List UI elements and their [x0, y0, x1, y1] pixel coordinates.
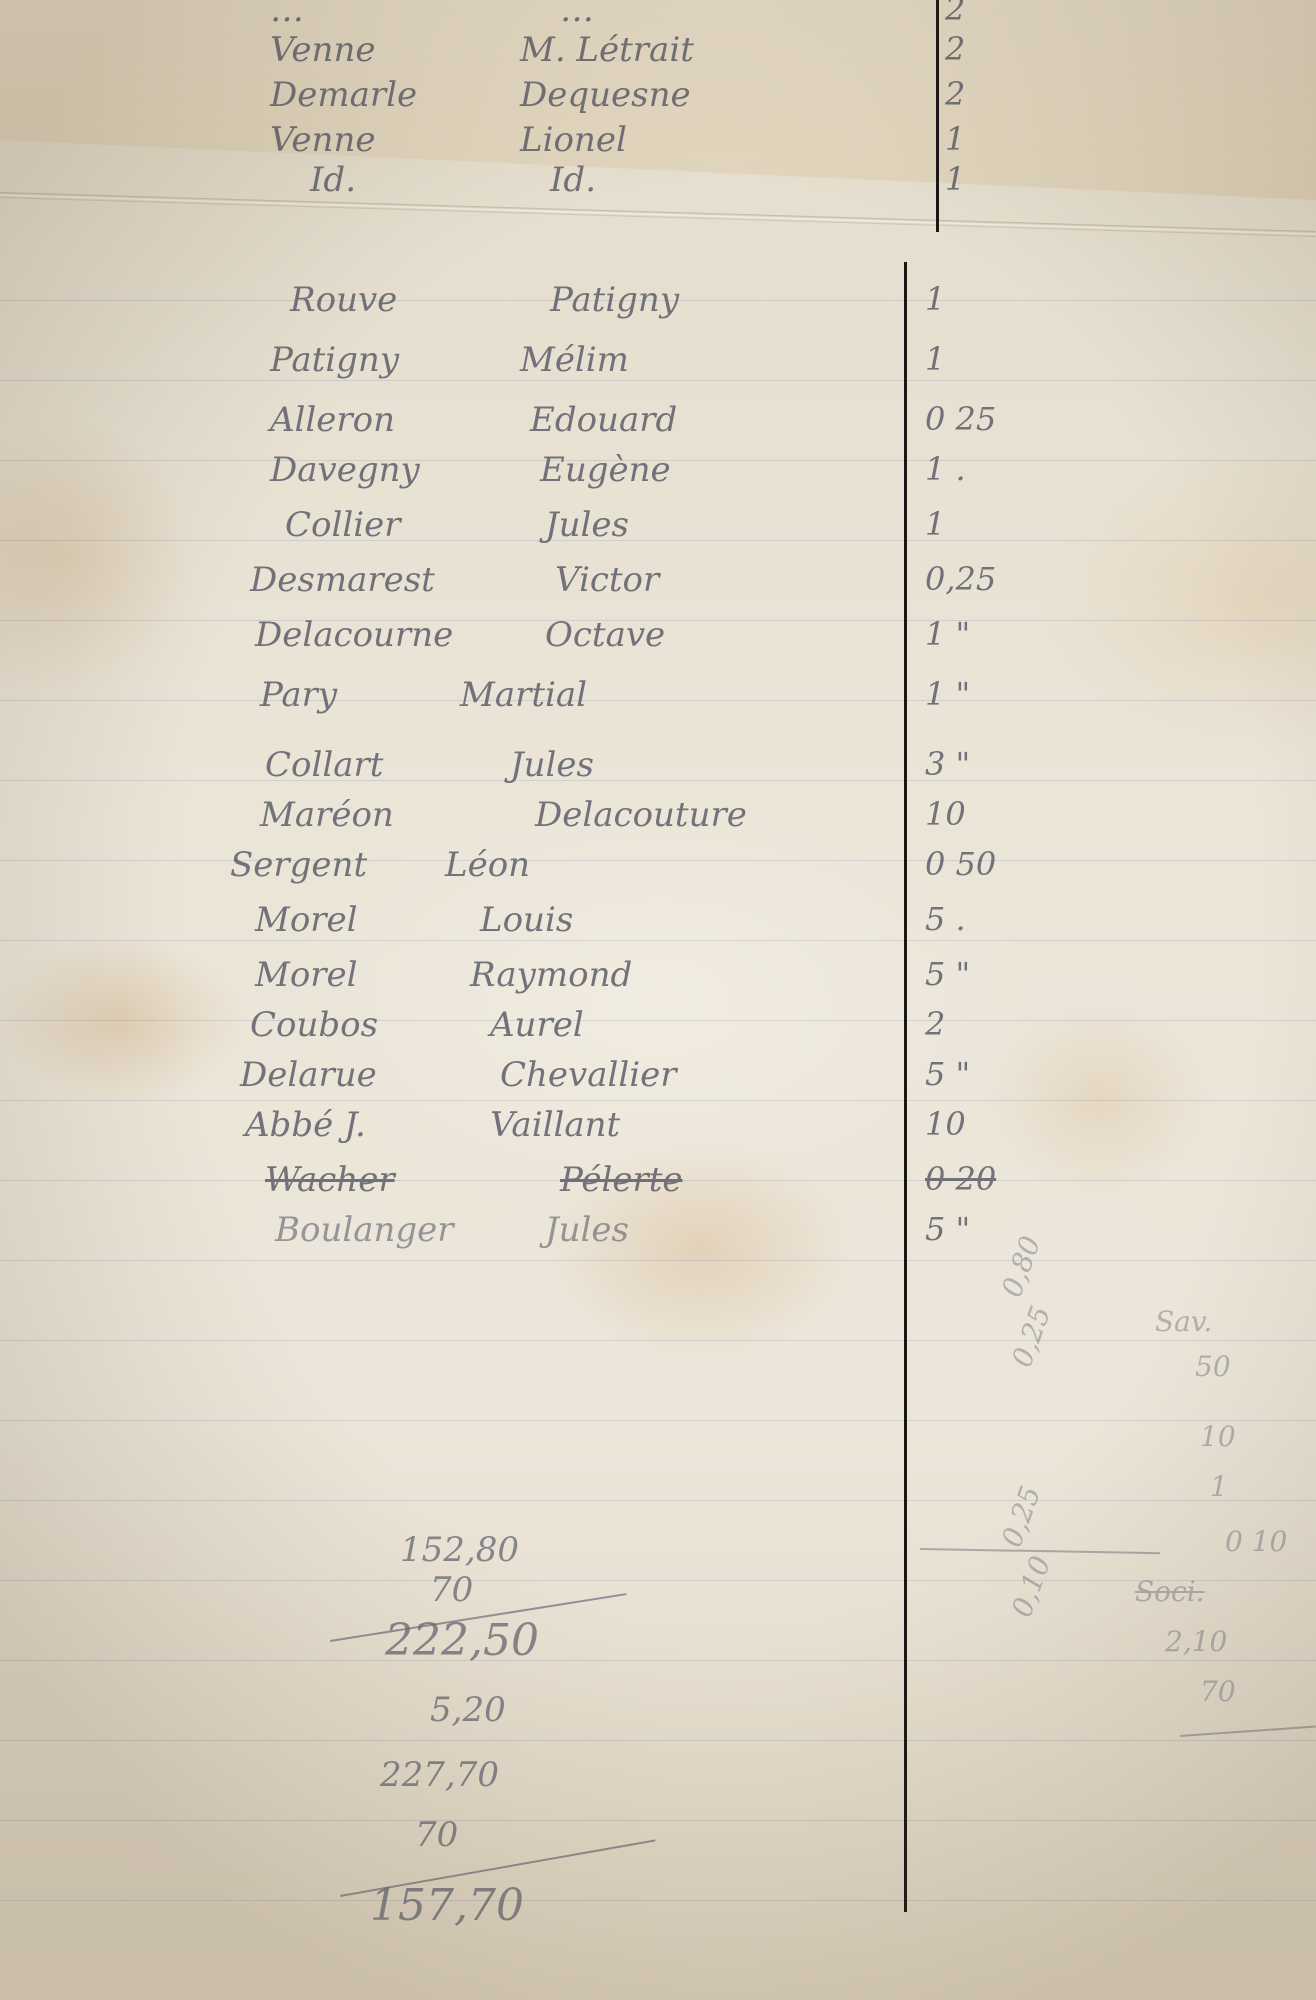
ruling-line [0, 1900, 1316, 1901]
calc-line: 227,70 [380, 1755, 499, 1795]
margin-note: 70 [1200, 1675, 1236, 1708]
ruling-line [0, 1500, 1316, 1501]
surname: … [270, 0, 304, 30]
ruling-line [0, 1340, 1316, 1341]
amount: 1 " [925, 675, 970, 713]
surname: Venne [270, 120, 375, 160]
margin-sum-line [1180, 1726, 1316, 1737]
surname: Abbé J. [245, 1105, 366, 1145]
firstname: Jules [545, 505, 629, 545]
amount: 0 25 [925, 400, 996, 438]
top-entry: … … 2 [0, 0, 1316, 30]
amount: 1 [925, 280, 945, 318]
surname: Davegny [270, 450, 420, 490]
firstname: Martial [460, 675, 587, 715]
margin-note: 1 [1210, 1470, 1228, 1503]
calc-line: 5,20 [430, 1690, 506, 1730]
surname: Rouve [290, 280, 397, 320]
firstname: Pélerte [560, 1160, 683, 1200]
amount: 5 " [925, 1055, 970, 1093]
surname: Desmarest [250, 560, 435, 600]
surname: Delacourne [255, 615, 453, 655]
margin-note: 10 [1200, 1420, 1236, 1453]
firstname: Patigny [550, 280, 679, 320]
firstname: Edouard [530, 400, 677, 440]
margin-note: 0 10 [1225, 1525, 1287, 1558]
margin-sum-line [920, 1548, 1160, 1554]
margin-calc: 0,25 [995, 1482, 1047, 1552]
margin-calc: 0,25 [1005, 1302, 1057, 1372]
amount: 5 " [925, 955, 970, 993]
amount: 10 [925, 1105, 966, 1143]
calc-line: 157,70 [370, 1880, 524, 1931]
surname: Pary [260, 675, 337, 715]
margin-note: 2,10 [1165, 1625, 1227, 1658]
calc-line: 152,80 [400, 1530, 519, 1570]
calc-line: 70 [430, 1570, 473, 1610]
ledger-entry: Maréon Delacouture 10 [0, 795, 1316, 835]
ledger-entry: Abbé J. Vaillant 10 [0, 1105, 1316, 1145]
firstname: Jules [510, 745, 594, 785]
firstname: Raymond [470, 955, 632, 995]
firstname: Chevallier [500, 1055, 677, 1095]
calc-line: 70 [415, 1815, 458, 1855]
surname: Wacher [265, 1160, 395, 1200]
amount: 1 [925, 340, 945, 378]
amount: 1 . [925, 450, 966, 488]
top-entry: Demarle Dequesne 2 [0, 75, 1316, 115]
calc-line: 222,50 [385, 1615, 539, 1666]
amount: 1 [945, 160, 965, 198]
firstname: Eugène [540, 450, 671, 490]
top-entry: Venne Lionel 1 [0, 120, 1316, 160]
amount: 0,25 [925, 560, 996, 598]
amount: 2 [945, 75, 965, 113]
firstname: Vaillant [490, 1105, 620, 1145]
ruling-line [0, 1740, 1316, 1741]
amount: 2 [945, 0, 965, 28]
ledger-entry: Morel Louis 5 . [0, 900, 1316, 940]
amount: 0 20 [925, 1160, 996, 1198]
top-entry: Id. Id. 1 [0, 160, 1316, 200]
surname: Demarle [270, 75, 417, 115]
surname: Collart [265, 745, 383, 785]
firstname: Jules [545, 1210, 629, 1250]
amount: 2 [925, 1005, 945, 1043]
surname: Patigny [270, 340, 399, 380]
surname: Id. [310, 160, 356, 200]
ruling-line [0, 380, 1316, 381]
ruling-line [0, 1660, 1316, 1661]
amount: 2 [945, 30, 965, 68]
surname: Venne [270, 30, 375, 70]
amount: 5 . [925, 900, 966, 938]
ledger-entry: Boulanger Jules 5 " [0, 1210, 1316, 1250]
firstname: Delacouture [535, 795, 747, 835]
firstname: M. Létrait [520, 30, 694, 70]
surname: Delarue [240, 1055, 377, 1095]
ledger-entry-struck: Wacher Pélerte 0 20 [0, 1160, 1316, 1200]
surname: Morel [255, 955, 358, 995]
ruling-line [0, 1260, 1316, 1261]
amount: 1 [945, 120, 965, 158]
surname: Morel [255, 900, 358, 940]
firstname: Aurel [490, 1005, 584, 1045]
ruling-line [0, 940, 1316, 941]
amount: 3 " [925, 745, 970, 783]
ledger-entry: Collier Jules 1 [0, 505, 1316, 545]
ledger-entry: Collart Jules 3 " [0, 745, 1316, 785]
surname: Coubos [250, 1005, 378, 1045]
firstname: Octave [545, 615, 665, 655]
firstname: Lionel [520, 120, 627, 160]
amount: 10 [925, 795, 966, 833]
ledger-entry: Patigny Mélim 1 [0, 340, 1316, 380]
surname: Boulanger [275, 1210, 454, 1250]
margin-note: 50 [1195, 1350, 1231, 1383]
ledger-entry: Delacourne Octave 1 " [0, 615, 1316, 655]
firstname: Mélim [520, 340, 629, 380]
ledger-entry: Desmarest Victor 0,25 [0, 560, 1316, 600]
margin-note: Sav. [1155, 1305, 1212, 1338]
firstname: … [560, 0, 594, 30]
firstname: Victor [555, 560, 659, 600]
ruling-line [0, 1100, 1316, 1101]
ledger-entry: Sergent Léon 0 50 [0, 845, 1316, 885]
ledger-entry: Davegny Eugène 1 . [0, 450, 1316, 490]
firstname: Louis [480, 900, 573, 940]
firstname: Dequesne [520, 75, 691, 115]
firstname: Id. [550, 160, 596, 200]
ledger-entry: Rouve Patigny 1 [0, 280, 1316, 320]
amount: 1 [925, 505, 945, 543]
ledger-entry: Delarue Chevallier 5 " [0, 1055, 1316, 1095]
ruling-line [0, 1420, 1316, 1421]
ruling-line [0, 1580, 1316, 1581]
ledger-entry: Coubos Aurel 2 [0, 1005, 1316, 1045]
surname: Sergent [230, 845, 367, 885]
ledger-entry: Morel Raymond 5 " [0, 955, 1316, 995]
amount: 5 " [925, 1210, 970, 1248]
ledger-entry: Alleron Edouard 0 25 [0, 400, 1316, 440]
surname: Collier [285, 505, 400, 545]
surname: Maréon [260, 795, 394, 835]
amount: 0 50 [925, 845, 996, 883]
surname: Alleron [270, 400, 395, 440]
amount: 1 " [925, 615, 970, 653]
ruling-line [0, 1820, 1316, 1821]
ledger-page: … … 2 Venne M. Létrait 2 Demarle Dequesn… [0, 0, 1316, 2000]
firstname: Léon [445, 845, 530, 885]
margin-calc: 0,10 [1005, 1552, 1057, 1622]
ledger-entry: Pary Martial 1 " [0, 675, 1316, 715]
top-entry: Venne M. Létrait 2 [0, 30, 1316, 70]
margin-note: Soci. [1135, 1575, 1205, 1608]
